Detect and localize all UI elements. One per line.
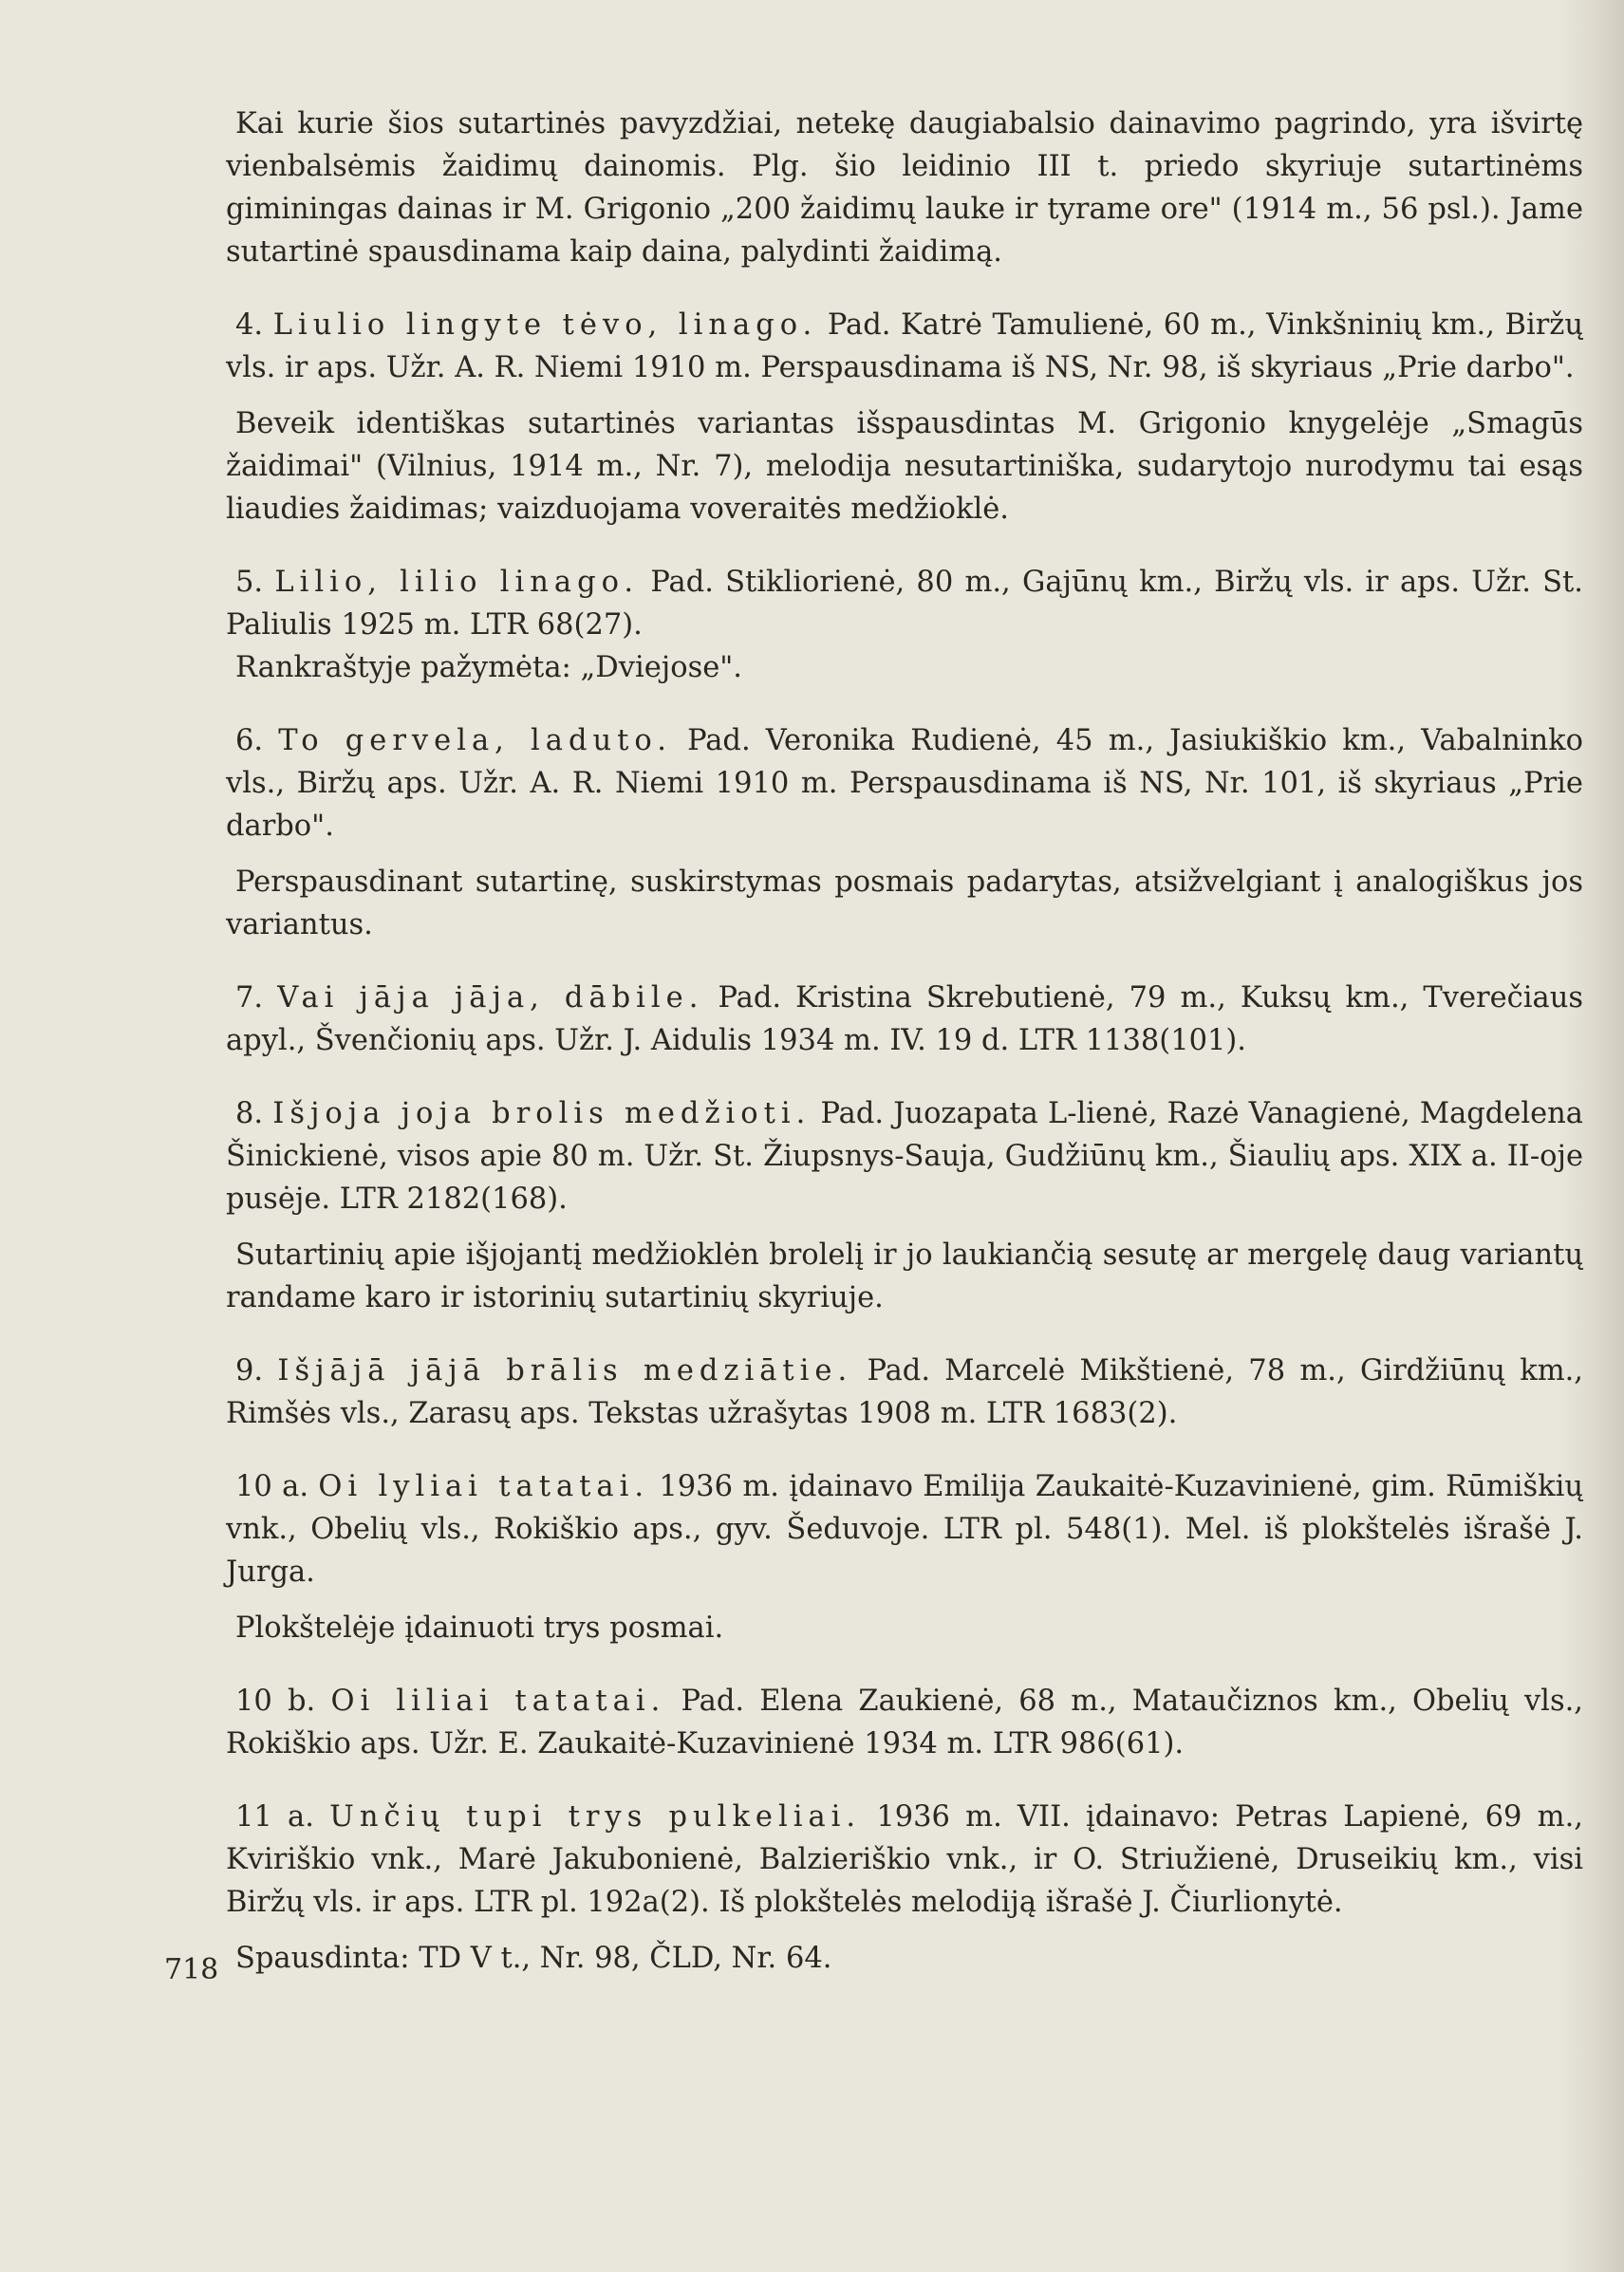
entry-note: Sutartinių apie išjojantį medžioklėn bro… bbox=[226, 1234, 1583, 1319]
song-title: To gervela, laduto. bbox=[278, 724, 672, 757]
entry-9: 9. Išjājā jājā brālis medziātie. Pad. Ma… bbox=[226, 1350, 1583, 1435]
entry-11a: 11 a. Unčių tupi trys pulkeliai. 1936 m.… bbox=[226, 1796, 1583, 1980]
entry-paragraph: 11 a. Unčių tupi trys pulkeliai. 1936 m.… bbox=[226, 1796, 1583, 1924]
song-title: Vai jāja jāja, dābile. bbox=[277, 981, 703, 1015]
entry-paragraph: 6. To gervela, laduto. Pad. Veronika Rud… bbox=[226, 719, 1583, 847]
entry-6: 6. To gervela, laduto. Pad. Veronika Rud… bbox=[226, 719, 1583, 946]
song-title: Išjoja joja brolis medžioti. bbox=[272, 1097, 811, 1130]
entry-7: 7. Vai jāja jāja, dābile. Pad. Kristina … bbox=[226, 977, 1583, 1062]
song-title: Oi liliai tatatai. bbox=[330, 1685, 665, 1718]
entry-number: 6. bbox=[235, 724, 263, 757]
entry-number: 8. bbox=[235, 1097, 263, 1130]
song-title: Liulio lingyte tėvo, linago. bbox=[273, 308, 818, 342]
entry-note: Plokštelėje įdainuoti trys posmai. bbox=[226, 1607, 1583, 1649]
document-page: Kai kurie šios sutartinės pavyzdžiai, ne… bbox=[226, 102, 1583, 1980]
entry-10a: 10 a. Oi lyliai tatatai. 1936 m. įdainav… bbox=[226, 1465, 1583, 1649]
entry-number: 10 b. bbox=[235, 1685, 315, 1718]
entry-paragraph: 10 a. Oi lyliai tatatai. 1936 m. įdainav… bbox=[226, 1465, 1583, 1593]
entry-number: 10 a. bbox=[235, 1470, 308, 1503]
entry-paragraph: 5. Lilio, lilio linago. Pad. Stikliorien… bbox=[226, 561, 1583, 646]
entry-note: Beveik identiškas sutartinės variantas i… bbox=[226, 402, 1583, 531]
song-title: Išjājā jājā brālis medziātie. bbox=[277, 1354, 852, 1387]
entry-10b: 10 b. Oi liliai tatatai. Pad. Elena Zauk… bbox=[226, 1680, 1583, 1765]
entry-number: 11 a. bbox=[235, 1800, 314, 1834]
entry-4: 4. Liulio lingyte tėvo, linago. Pad. Kat… bbox=[226, 304, 1583, 531]
entry-number: 5. bbox=[235, 566, 263, 599]
page-number: 718 bbox=[164, 1953, 218, 1986]
intro-paragraph: Kai kurie šios sutartinės pavyzdžiai, ne… bbox=[226, 102, 1583, 273]
entry-number: 7. bbox=[235, 981, 263, 1015]
entry-5: 5. Lilio, lilio linago. Pad. Stikliorien… bbox=[226, 561, 1583, 689]
entry-number: 4. bbox=[235, 308, 263, 342]
entry-paragraph: 8. Išjoja joja brolis medžioti. Pad. Juo… bbox=[226, 1092, 1583, 1220]
entry-paragraph: 9. Išjājā jājā brālis medziātie. Pad. Ma… bbox=[226, 1350, 1583, 1435]
entry-note: Rankraštyje pažymėta: „Dviejose". bbox=[226, 646, 1583, 689]
entry-paragraph: 7. Vai jāja jāja, dābile. Pad. Kristina … bbox=[226, 977, 1583, 1062]
entry-number: 9. bbox=[235, 1354, 263, 1387]
entry-note: Perspausdinant sutartinę, suskirstymas p… bbox=[226, 861, 1583, 946]
entry-paragraph: 4. Liulio lingyte tėvo, linago. Pad. Kat… bbox=[226, 304, 1583, 389]
entry-paragraph: 10 b. Oi liliai tatatai. Pad. Elena Zauk… bbox=[226, 1680, 1583, 1765]
entry-8: 8. Išjoja joja brolis medžioti. Pad. Juo… bbox=[226, 1092, 1583, 1319]
song-title: Unčių tupi trys pulkeliai. bbox=[329, 1800, 861, 1834]
entry-note: Spausdinta: TD V t., Nr. 98, ČLD, Nr. 64… bbox=[226, 1937, 1583, 1980]
song-title: Lilio, lilio linago. bbox=[274, 566, 639, 599]
song-title: Oi lyliai tatatai. bbox=[318, 1470, 649, 1503]
